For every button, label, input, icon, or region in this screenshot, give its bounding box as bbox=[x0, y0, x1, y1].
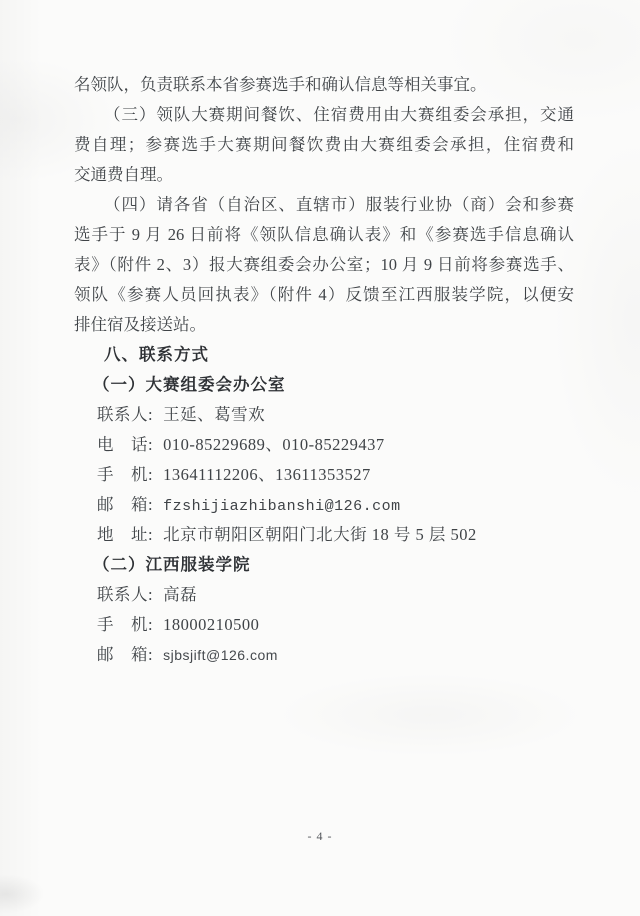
contact-row-institute-person: 联系人:高磊 bbox=[74, 580, 574, 610]
contact-value-email: sjbsjift@126.com bbox=[163, 647, 278, 663]
contact-value-email: fzshijiazhibanshi@126.com bbox=[163, 498, 401, 515]
contact-label: 地 址: bbox=[97, 525, 153, 544]
item-four-line: 领队《参赛人员回执表》（附件 4）反馈至江西服装学院，以便安 bbox=[74, 280, 574, 310]
contact-row-office-email: 邮 箱:fzshijiazhibanshi@126.com bbox=[74, 490, 574, 520]
item-three-line: （三）领队大赛期间餐饮、住宿费用由大赛组委会承担，交通 bbox=[74, 100, 574, 130]
contact-value: 高磊 bbox=[163, 585, 197, 604]
contact-row-office-phone: 电 话:010-85229689、010-85229437 bbox=[74, 430, 574, 460]
scanned-document-page: 名领队，负责联系本省参赛选手和确认信息等相关事宜。 （三）领队大赛期间餐饮、住宿… bbox=[0, 0, 640, 916]
contact-label: 联系人: bbox=[97, 405, 153, 424]
contact-value: 18000210500 bbox=[163, 615, 259, 634]
contact-label: 联系人: bbox=[97, 585, 153, 604]
contact-label: 邮 箱: bbox=[97, 645, 153, 664]
page-number: - 4 - bbox=[0, 829, 640, 844]
contact-row-office-mobile: 手 机:13641112206、13611353527 bbox=[74, 460, 574, 490]
item-four-line: 表》（附件 2、3）报大赛组委会办公室；10 月 9 日前将参赛选手、 bbox=[74, 250, 574, 280]
contact-value: 13641112206、13611353527 bbox=[163, 465, 371, 484]
contact-label: 电 话: bbox=[97, 435, 153, 454]
contact-label: 手 机: bbox=[97, 615, 153, 634]
subsection-heading-committee-office: （一）大赛组委会办公室 bbox=[74, 370, 574, 400]
item-four-line: 排住宿及接送站。 bbox=[74, 310, 574, 340]
contact-label: 手 机: bbox=[97, 465, 153, 484]
contact-value: 北京市朝阳区朝阳门北大街 18 号 5 层 502 bbox=[163, 525, 477, 544]
item-three-line: 交通费自理。 bbox=[74, 160, 574, 190]
item-four-line: （四）请各省（自治区、直辖市）服装行业协（商）会和参赛 bbox=[74, 190, 574, 220]
contact-row-office-person: 联系人:王延、葛雪欢 bbox=[74, 400, 574, 430]
contact-value: 010-85229689、010-85229437 bbox=[163, 435, 385, 454]
item-three-line: 费自理；参赛选手大赛期间餐饮费由大赛组委会承担，住宿费和 bbox=[74, 130, 574, 160]
paragraph-carryover-line: 名领队，负责联系本省参赛选手和确认信息等相关事宜。 bbox=[74, 70, 574, 100]
contact-row-institute-mobile: 手 机:18000210500 bbox=[74, 610, 574, 640]
item-four-line: 选手于 9 月 26 日前将《领队信息确认表》和《参赛选手信息确认 bbox=[74, 220, 574, 250]
contact-row-office-address: 地 址:北京市朝阳区朝阳门北大街 18 号 5 层 502 bbox=[74, 520, 574, 550]
section-heading-contact-info: 八、联系方式 bbox=[74, 340, 574, 370]
contact-value: 王延、葛雪欢 bbox=[163, 405, 265, 424]
contact-row-institute-email: 邮 箱:sjbsjift@126.com bbox=[74, 640, 574, 670]
subsection-heading-jiangxi-institute: （二）江西服装学院 bbox=[74, 550, 574, 580]
document-body: 名领队，负责联系本省参赛选手和确认信息等相关事宜。 （三）领队大赛期间餐饮、住宿… bbox=[74, 70, 574, 670]
contact-label: 邮 箱: bbox=[97, 495, 153, 514]
